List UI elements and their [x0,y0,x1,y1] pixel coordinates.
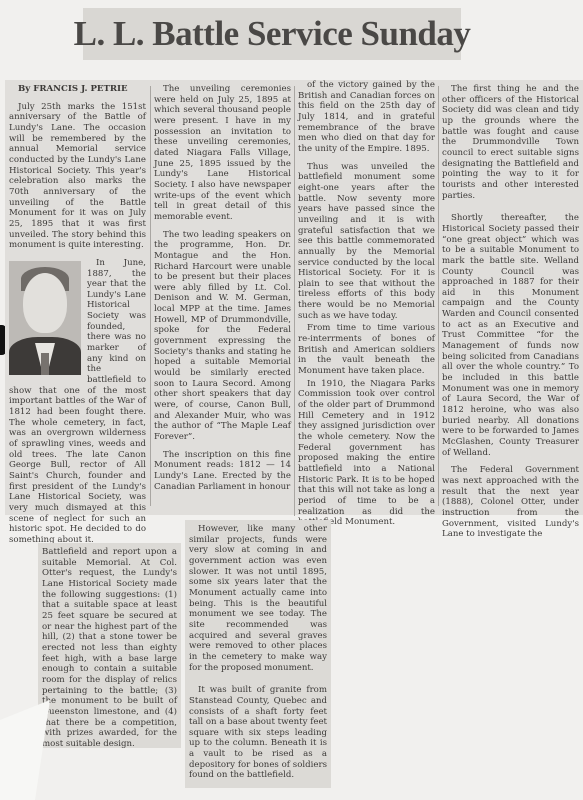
paragraph: Thus was unveiled the battlefield monume… [298,162,435,322]
paragraph-with-photo: In June, 1887, the year that the Lundy's… [9,258,146,546]
paragraph: of the victory gained by the British and… [298,80,435,155]
photo-face [23,273,67,333]
photo-tie [41,353,49,375]
paragraph: From time to time various re-interrments… [298,323,435,376]
column-5: Battlefield and report upon a suitable M… [38,547,181,749]
author-photo [9,261,81,375]
column-3: of the victory gained by the British and… [294,80,439,528]
paragraph: The two leading speakers on the programm… [154,230,291,443]
paragraph: Shortly thereafter, the Historical Socie… [442,213,579,458]
column-4: The first thing he and the other officer… [438,84,583,540]
paragraph: In 1910, the Niagara Parks Commission to… [298,379,435,528]
headline-clipping: L. L. Battle Service Sunday [83,8,461,60]
column-6: However, like many other similar project… [185,524,331,781]
paragraph: The Federal Government was next approach… [442,465,579,540]
paragraph: The inscription on this fine Monument re… [154,450,291,493]
paragraph: The first thing he and the other officer… [442,84,579,201]
column-2: The unveiling ceremonies were held on Ju… [150,84,295,492]
paragraph: July 25th marks the 151st anniversary of… [9,102,146,251]
headline: L. L. Battle Service Sunday [74,14,471,54]
torn-paper-corner [0,700,50,800]
paragraph: However, like many other similar project… [189,524,327,673]
column-1: By FRANCIS J. PETRIE July 25th marks the… [5,84,150,546]
paragraph: The unveiling ceremonies were held on Ju… [154,84,291,223]
paragraph: Battlefield and report upon a suitable M… [42,547,177,749]
byline: By FRANCIS J. PETRIE [9,84,146,95]
paragraph: It was built of granite from Stanstead C… [189,685,327,781]
